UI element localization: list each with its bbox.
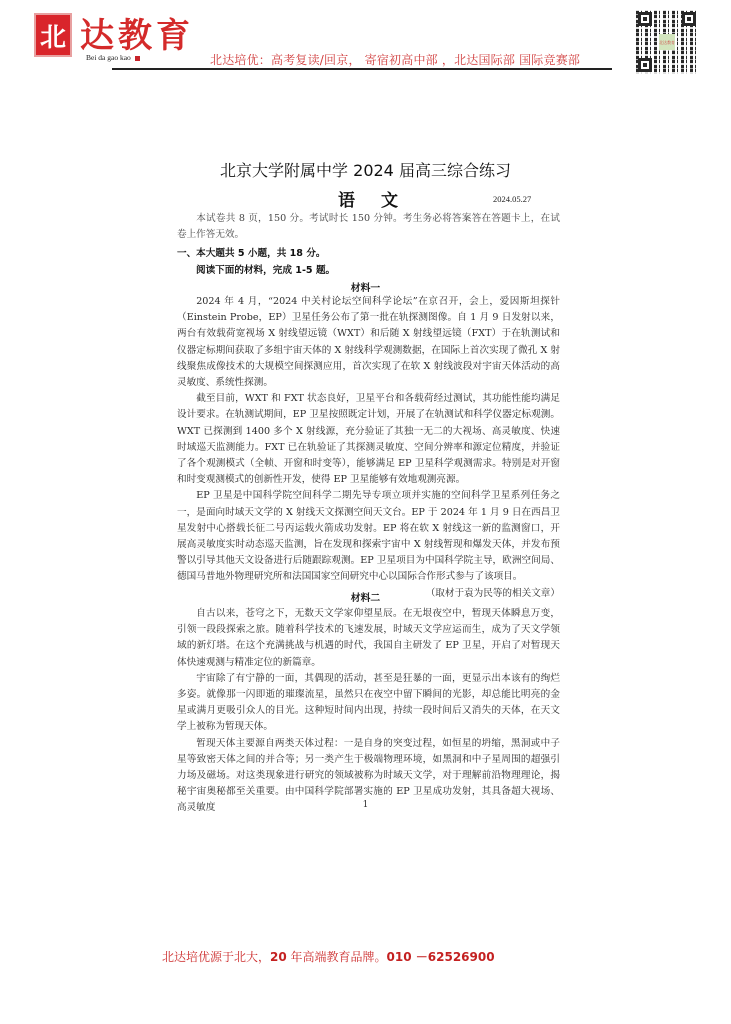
header-divider — [112, 68, 612, 70]
paragraph: 宇宙除了有宁静的一面，其偶现的活动，甚至是狂暴的一面，更显示出本该有的绚烂多姿。… — [177, 671, 560, 736]
qr-finder-icon — [638, 58, 652, 72]
section-directions: 阅读下面的材料，完成 1-5 题。 — [196, 262, 335, 276]
footer-phone: 010 －62526900 — [387, 950, 495, 964]
qr-code-icon: 北达教育 — [636, 10, 698, 74]
logo-badge: 北 — [34, 13, 72, 57]
document-title: 北京大学附属中学 2024 届高三综合练习 — [0, 158, 731, 181]
footer-years: 20 — [270, 950, 287, 964]
footer-banner: 北达培优源于北大，20 年高端教育品牌。010 －62526900 — [162, 948, 495, 965]
footer-text-prefix: 北达培优源于北大， — [162, 950, 270, 964]
logo-name: 达教育 — [80, 8, 194, 57]
material-1-title: 材料一 — [0, 280, 731, 294]
section-heading: 一、本大题共 5 小题，共 18 分。 — [177, 245, 326, 259]
paragraph: 2024 年 4 月，“2024 中关村论坛空间科学论坛”在京召开，会上，爱因斯… — [177, 294, 560, 391]
logo-char: 北 — [40, 17, 66, 54]
instructions-text: 本试卷共 8 页，150 分。考试时长 150 分钟。考生务必将答案答在答题卡上… — [177, 211, 560, 243]
qr-center-label: 北达教育 — [659, 34, 675, 50]
qr-finder-icon — [682, 12, 696, 26]
subject-title: 语文 — [338, 186, 424, 211]
logo-subtitle: Bei da gao kao — [86, 53, 140, 62]
footer-text-mid: 年高端教育品牌。 — [287, 950, 387, 964]
paragraph: EP 卫星是中国科学院空间科学二期先导专项立项并实施的空间科学卫星系列任务之一，… — [177, 488, 560, 585]
material-2-body: 自古以来，苍穹之下，无数天文学家仰望星辰。在无垠夜空中，暂现天体瞬息万变，引领一… — [177, 606, 560, 817]
page-number: 1 — [0, 800, 731, 810]
instructions: 本试卷共 8 页，150 分。考试时长 150 分钟。考生务必将答案答在答题卡上… — [177, 211, 560, 243]
header-tagline: 北达培优：高考复读/回京， 寄宿初高中部 ，北达国际部 国际竞赛部 — [210, 51, 580, 68]
logo-dot-icon — [135, 56, 140, 61]
material-2-title: 材料二 — [0, 590, 731, 604]
qr-finder-icon — [638, 12, 652, 26]
logo-subtitle-text: Bei da gao kao — [86, 53, 131, 62]
paragraph: 自古以来，苍穹之下，无数天文学家仰望星辰。在无垠夜空中，暂现天体瞬息万变，引领一… — [177, 606, 560, 671]
exam-date: 2024.05.27 — [493, 194, 531, 204]
paragraph: 截至目前，WXT 和 FXT 状态良好，卫星平台和各载荷经过测试，其功能性能均满… — [177, 391, 560, 488]
material-1-body: 2024 年 4 月，“2024 中关村论坛空间科学论坛”在京召开，会上，爱因斯… — [177, 294, 560, 602]
